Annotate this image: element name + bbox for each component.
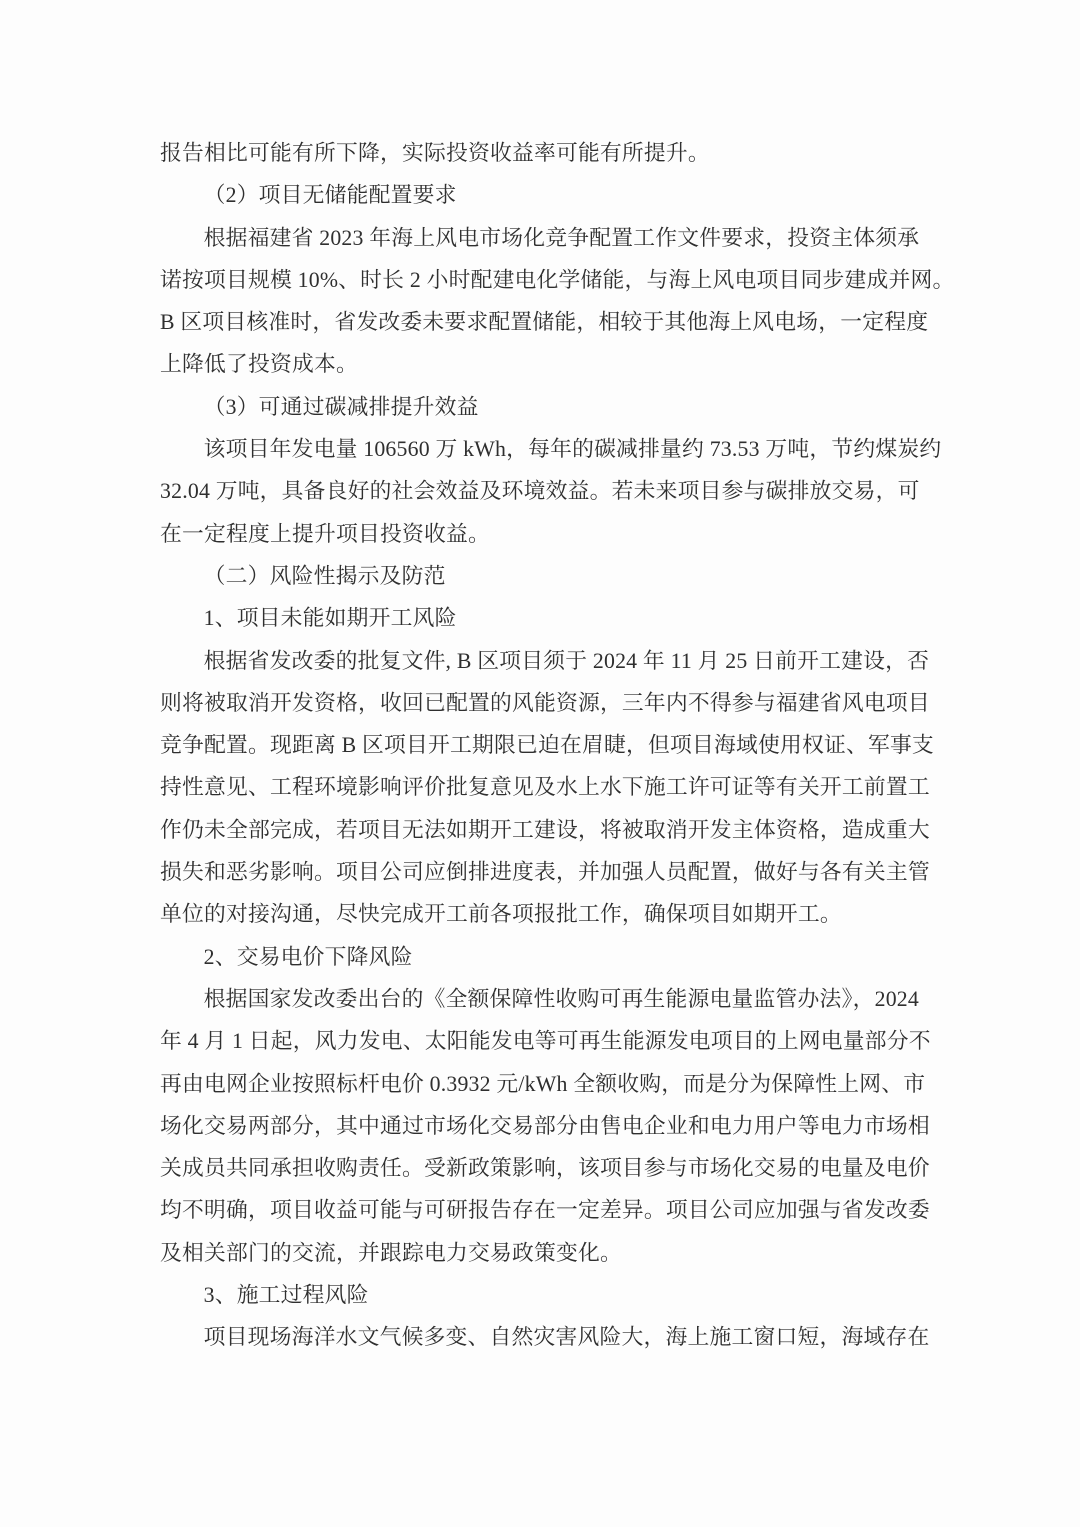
text-line: 及相关部门的交流，并跟踪电力交易政策变化。 — [160, 1232, 935, 1274]
text-line: 3、施工过程风险 — [160, 1274, 935, 1316]
text-line: 项目现场海洋水文气候多变、自然灾害风险大，海上施工窗口短，海域存在 — [160, 1316, 935, 1358]
text-line: 再由电网企业按照标杆电价 0.3932 元/kWh 全额收购，而是分为保障性上网… — [160, 1063, 935, 1105]
text-line: 场化交易两部分，其中通过市场化交易部分由售电企业和电力用户等电力市场相 — [160, 1105, 935, 1147]
text-line: 根据省发改委的批复文件, B 区项目须于 2024 年 11 月 25 日前开工… — [160, 640, 935, 682]
text-line: B 区项目核准时，省发改委未要求配置储能，相较于其他海上风电场，一定程度 — [160, 301, 935, 343]
text-line: 持性意见、工程环境影响评价批复意见及水上水下施工许可证等有关开工前置工 — [160, 766, 935, 808]
text-line: （2）项目无储能配置要求 — [160, 174, 935, 216]
text-line: 在一定程度上提升项目投资收益。 — [160, 513, 935, 555]
text-line: 作仍未全部完成，若项目无法如期开工建设，将被取消开发主体资格，造成重大 — [160, 809, 935, 851]
text-line: 单位的对接沟通，尽快完成开工前各项报批工作，确保项目如期开工。 — [160, 893, 935, 935]
document-body: 报告相比可能有所下降，实际投资收益率可能有所提升。（2）项目无储能配置要求根据福… — [160, 132, 935, 1359]
text-line: 根据国家发改委出台的《全额保障性收购可再生能源电量监管办法》，2024 — [160, 978, 935, 1020]
text-line: 竞争配置。现距离 B 区项目开工期限已迫在眉睫，但项目海域使用权证、军事支 — [160, 724, 935, 766]
document-page: 报告相比可能有所下降，实际投资收益率可能有所提升。（2）项目无储能配置要求根据福… — [0, 0, 1080, 1527]
text-line: 2、交易电价下降风险 — [160, 936, 935, 978]
text-line: 报告相比可能有所下降，实际投资收益率可能有所提升。 — [160, 132, 935, 174]
text-line: 则将被取消开发资格，收回已配置的风能资源，三年内不得参与福建省风电项目 — [160, 682, 935, 724]
text-line: （3）可通过碳减排提升效益 — [160, 386, 935, 428]
text-line: 关成员共同承担收购责任。受新政策影响，该项目参与市场化交易的电量及电价 — [160, 1147, 935, 1189]
text-line: 根据福建省 2023 年海上风电市场化竞争配置工作文件要求，投资主体须承 — [160, 217, 935, 259]
text-line: 上降低了投资成本。 — [160, 343, 935, 385]
text-line: 诺按项目规模 10%、时长 2 小时配建电化学储能，与海上风电项目同步建成并网。 — [160, 259, 935, 301]
text-line: 32.04 万吨，具备良好的社会效益及环境效益。若未来项目参与碳排放交易，可 — [160, 470, 935, 512]
text-line: 年 4 月 1 日起，风力发电、太阳能发电等可再生能源发电项目的上网电量部分不 — [160, 1020, 935, 1062]
text-line: （二）风险性揭示及防范 — [160, 555, 935, 597]
text-line: 该项目年发电量 106560 万 kWh，每年的碳减排量约 73.53 万吨，节… — [160, 428, 935, 470]
text-line: 1、项目未能如期开工风险 — [160, 597, 935, 639]
text-line: 均不明确，项目收益可能与可研报告存在一定差异。项目公司应加强与省发改委 — [160, 1189, 935, 1231]
text-line: 损失和恶劣影响。项目公司应倒排进度表，并加强人员配置，做好与各有关主管 — [160, 851, 935, 893]
